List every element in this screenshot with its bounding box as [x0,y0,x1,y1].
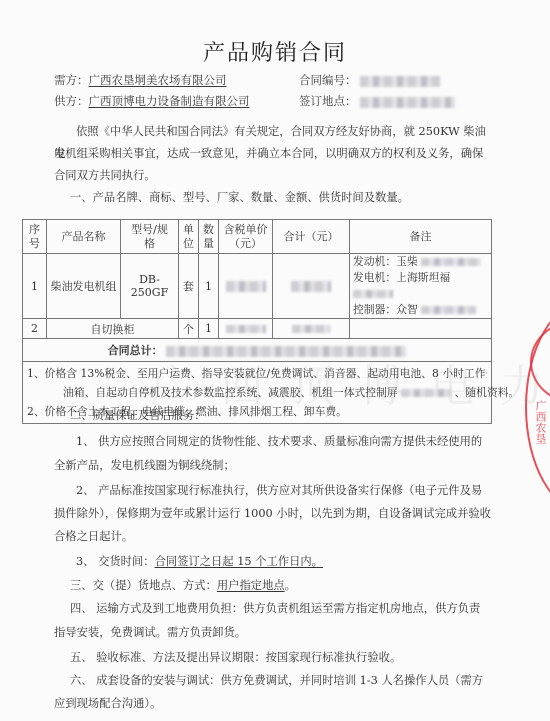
total-redacted [291,281,331,292]
cell-unit: 套 [179,254,199,319]
total-redacted [166,346,406,357]
delivery-time-value: 合同签订之日起 15 个工作日内。 [155,555,323,568]
cell-price [219,254,273,319]
section6-line-1: 六、 成套设备的安装与调试：供方免费调试，并同时培训 1-3 人名操作人员（需方 [54,670,494,692]
cell-qty: 1 [199,319,219,339]
section5: 五、 验收标准、方法及提出异议期限：按国家现行标准执行验收。 [70,647,510,669]
section3-value: 用户指定地点 [217,579,285,592]
section3-label: 三、交（提）货地点、方式： [70,579,217,592]
col-unit: 单位 [179,220,199,254]
supplier-label: 供方： [54,94,89,108]
cell-name: 柴油发电机组 [47,254,121,319]
section6-line-2: 应到现场配合沟通）。 [54,693,494,715]
col-qty: 数量 [199,220,219,254]
cell-remark: 发动机：玉柴 发电机：上海斯坦福 控制器：众智 [350,254,492,319]
contract-no-redacted [360,76,440,87]
total-redacted [292,325,330,333]
table-header-row: 序号 产品名称 型号/规格 单位 数量 含税单价（元） 合计（元） 备注 [23,220,492,254]
section3: 三、交（提）货地点、方式：用户指定地点。 [70,575,510,597]
intro-line-2: 电机组采购相关事宜，达成一致意见，并确立本合同，以明确双方的权利及义务，确保 [54,143,494,165]
table-row: 1 柴油发电机组 DB-250GF 套 1 发动机：玉柴 发电机：上海斯坦福 控… [23,254,492,319]
section4-line-1: 四、 运输方式及到工地费用负担：供方负责机组运至需方指定机房地点，供方负责 [54,598,494,620]
col-name: 产品名称 [47,220,121,254]
cell-total [273,319,350,339]
section2-line-3: 2、 产品标准按国家现行标准执行，供方应对其所供设备实行保修（电子元件及易 [54,480,494,502]
sign-place-field: 签订地点： [299,93,455,109]
cell-remark [350,319,492,339]
col-seq: 序号 [23,220,47,254]
buyer-value: 广西农垦垌美农场有限公司 [89,72,239,88]
section2-line-2: 全新产品，发电机线圈为铜线绕制； [54,455,494,477]
price-redacted [226,325,266,333]
buyer-label: 需方： [54,73,89,87]
total-label: 合同总计： [108,344,163,357]
section2-heading: 二、质量保证及售后服务： [70,405,510,427]
section2-line-4: 损件除外），保修期为壹年或累计运行 1000 小时，以先到为期，自设备调试完成并… [54,503,494,525]
delivery-time-label: 3、 交货时间： [76,555,155,568]
cell-seq: 1 [23,254,47,319]
col-model: 型号/规格 [121,220,179,254]
col-total: 合计（元） [273,220,350,254]
intro-line-3: 合同双方共同执行。 [54,165,494,187]
contract-total: 合同总计： [23,339,492,362]
delivery-time: 3、 交货时间：合同签订之日起 15 个工作日内。 [76,551,516,573]
contract-page: 广西顶博电力 产品购销合同 需方：广西农垦垌美农场有限公司 供方：广西顶博电力设… [0,0,550,721]
cell-name: 自切换柜 [47,319,179,339]
note-line-2: 油箱、自起动自停机及技术参数监控系统、减震胶、机组一体式控制屏 、随机资料。 [27,383,487,402]
cell-price [219,319,273,339]
section1-heading: 一、产品名牌、商标、型号、厂家、数量、金额、供货时间及数量。 [70,187,510,209]
sign-place-label: 签订地点： [299,94,357,108]
price-redacted [226,281,266,292]
supplier-value: 广西顶博电力设备制造有限公司 [89,93,254,109]
section4-line-2: 指导安装，免费调试。需方负责卸货。 [54,622,494,644]
cell-unit: 个 [179,319,199,339]
stamp-text: 广西农垦 [532,400,548,444]
supplier-field: 供方：广西顶博电力设备制造有限公司 [54,93,254,109]
table-total-row: 合同总计： [23,339,492,362]
cell-seq: 2 [23,319,47,339]
section2-line-1: 1、 供方应按照合同规定的货物性能、技术要求、质量标准向需方提供未经使用的 [54,431,494,453]
section2-line-5: 合格之日起计。 [54,526,494,548]
product-table: 序号 产品名称 型号/规格 单位 数量 含税单价（元） 合计（元） 备注 1 柴… [22,219,492,424]
contract-no-field: 合同编号： [299,72,440,88]
note-line-1: 1、价格含 13%税金、至用户运费、指导安装就位/免费调试、消音器、起动用电池、… [27,364,487,383]
document-title: 产品购销合同 [0,36,550,67]
col-remark: 备注 [350,220,492,254]
sign-place-redacted [360,97,455,108]
cell-total [273,254,350,319]
buyer-field: 需方：广西农垦垌美农场有限公司 [54,72,239,88]
contract-no-label: 合同编号： [299,73,357,87]
cell-qty: 1 [199,254,219,319]
col-price: 含税单价（元） [219,220,273,254]
table-row: 2 自切换柜 个 1 [23,319,492,339]
cell-model: DB-250GF [121,254,179,319]
